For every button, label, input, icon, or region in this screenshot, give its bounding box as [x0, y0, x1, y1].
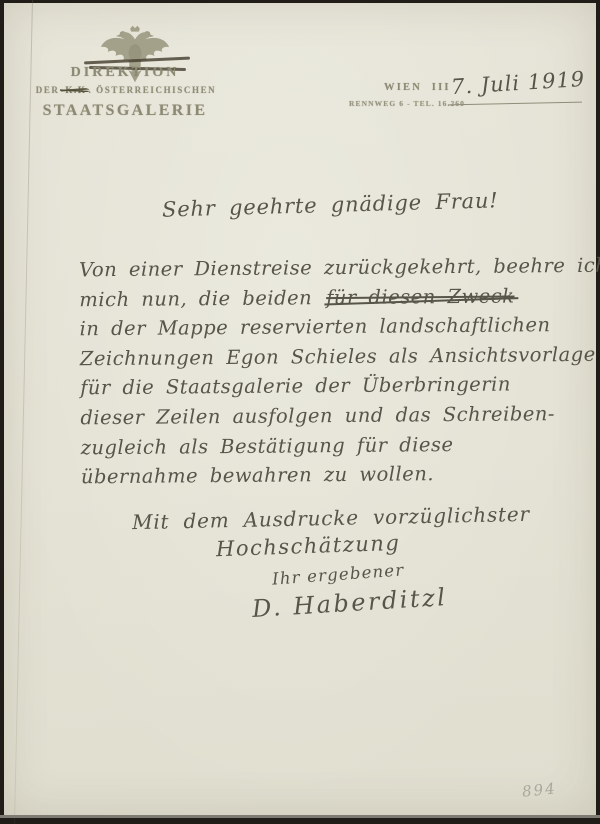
closing-formula-line2: Hochschätzung — [216, 531, 401, 561]
letterhead-place: WIEN III — [384, 82, 451, 93]
letterhead-line2: DER K.K. ÖSTERREICHISCHEN — [4, 85, 248, 95]
scan-bottom-edge — [0, 815, 600, 818]
handwritten-line: Von einer Dienstreise zurückgekehrt, bee… — [79, 251, 600, 285]
handwritten-line: zugleich als Bestätigung für diese — [81, 428, 600, 462]
handwritten-line: übernahme bewahren zu wollen. — [81, 458, 600, 492]
date-underline — [448, 102, 582, 106]
letter-body: Von einer Dienstreise zurückgekehrt, bee… — [79, 251, 600, 492]
letterhead-der: DER — [36, 85, 60, 95]
handwritten-line: in der Mappe reservierten landschaftlich… — [79, 310, 600, 344]
handwritten-line: Zeichnungen Egon Schieles als Ansichtsvo… — [80, 339, 600, 373]
handwritten-line: mich nun, die beidenfür diesen Zweck — [79, 280, 600, 314]
scanned-letter: DIREKTION DER K.K. ÖSTERREICHISCHEN STAA… — [0, 0, 600, 824]
letterhead-oesterreichischen: . ÖSTERREICHISCHEN — [88, 85, 216, 95]
letterhead-direktion: DIREKTION — [22, 65, 228, 81]
handwritten-line: für die Staatsgalerie der Überbringerin — [80, 369, 600, 403]
handwritten-line: dieser Zeilen ausfolgen und das Schreibe… — [80, 399, 600, 433]
closing-formula-line1: Mit dem Ausdrucke vorzüglichster — [132, 502, 530, 534]
pencil-inventory-number: 894 — [521, 779, 557, 801]
signature: D. Haberditzl — [251, 583, 448, 623]
struck-phrase: für diesen Zweck — [326, 281, 515, 312]
letter-paper: DIREKTION DER K.K. ÖSTERREICHISCHEN STAA… — [4, 3, 596, 815]
paper-crease — [14, 0, 33, 824]
salutation: Sehr geehrte gnädige Frau! — [162, 188, 499, 221]
valediction: Ihr ergebener — [271, 560, 404, 588]
handwritten-date: 7. Juli 1919 — [450, 67, 585, 99]
letterhead-staatsgalerie: STAATSGALERIE — [20, 102, 230, 120]
ink-scribble-over-kk: K.K — [63, 85, 88, 95]
